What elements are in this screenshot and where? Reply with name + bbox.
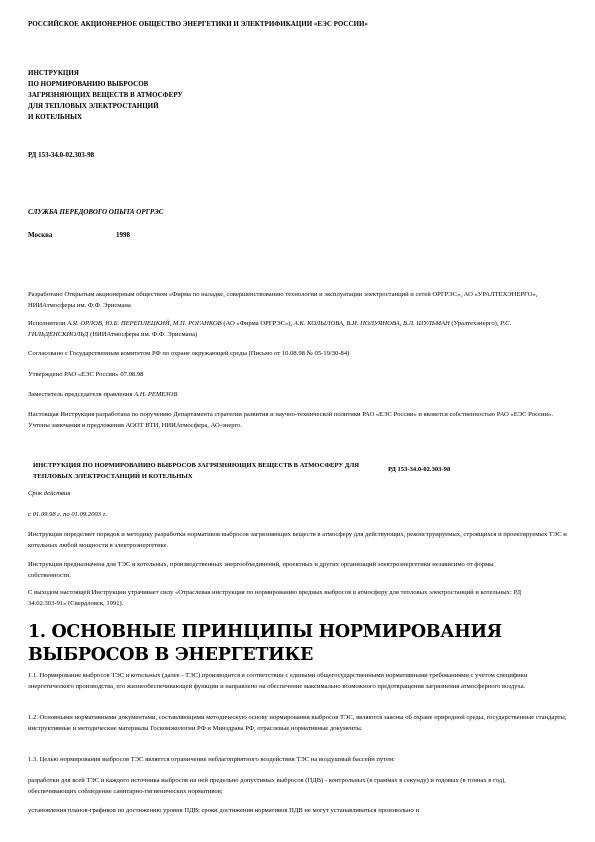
publisher-city: Москва (28, 230, 116, 241)
document-code: РД 153-34.0-02.303-98 (28, 150, 94, 161)
section-paragraph: 1.1. Нормирование выбросов ТЭС и котельн… (28, 671, 568, 692)
publisher-service: СЛУЖБА ПЕРЕДОВОГО ОПЫТА ОРГРЭС (28, 207, 163, 218)
intro-paragraph: Инструкция предназначена для ТЭС и котел… (28, 560, 528, 581)
title-line: И КОТЕЛЬНЫХ (28, 112, 183, 123)
validity-period: с 01.09.98 г. по 01.09.2003 г. (28, 510, 107, 521)
executors-org-2: (Уралтехэнерго), (450, 320, 500, 327)
title-line: ЗАГРЯЗНЯЮЩИХ ВЕЩЕСТВ В АТМОСФЕРУ (28, 90, 183, 101)
intro-paragraph: Инструкция определяет порядок и методику… (28, 530, 568, 551)
executors-prefix: Исполнители (28, 320, 67, 327)
deputy-note: Заместитель председателя правления А.Н. … (28, 390, 568, 401)
intro-paragraph: С выходом настоящей Инструкции утрачивае… (28, 588, 548, 609)
executors-names-2: А.К. КОЛЫЛОВА, В.И. ПОЛУЯНОВА, В.Л. ШУЛЬ… (294, 320, 450, 327)
agreed-note: Согласовано с Государственным комитетом … (28, 349, 568, 360)
deputy-name: А.Н. РЕМЕЗОВ (134, 391, 177, 398)
validity-label: Срок действия (28, 489, 70, 500)
publisher-city-year: Москва1998 (28, 230, 130, 241)
section-paragraph: разработки для всей ТЭС и каждого источн… (28, 776, 548, 797)
section-paragraph: 1.3. Целью нормирования выбросов ТЭС явл… (28, 755, 568, 766)
publisher-year: 1998 (116, 231, 130, 239)
deputy-title: Заместитель председателя правления (28, 391, 134, 398)
ownership-note: Настоящая Инструкция разработана по пору… (28, 410, 568, 431)
executors-org-3: (НИИАтмосферы им. Ф.Ф. Эрисмана) (88, 331, 197, 338)
running-header-code: РД 153-34.0-02.303-98 (388, 465, 450, 476)
executors: Исполнители А.Я. ОРЛОВ, Ю.Б. ПЕРЕПЛЕЦКИЙ… (28, 319, 568, 340)
approved-note: Утверждено РАО «ЕЭС России» 07.08.98 (28, 370, 568, 381)
section-paragraph: установления планов-графиков по достижен… (28, 806, 568, 817)
executors-org: (АО «Фирма ОРГРЭС»), (222, 320, 294, 327)
developed-by: Разработано Открытым акционерным обществ… (28, 290, 568, 311)
section-heading: 1. ОСНОВНЫЕ ПРИНЦИПЫ НОРМИРОВАНИЯ ВЫБРОС… (28, 621, 568, 667)
title-line: ДЛЯ ТЕПЛОВЫХ ЭЛЕКТРОСТАНЦИЙ (28, 101, 183, 112)
executors-names: А.Я. ОРЛОВ, Ю.Б. ПЕРЕПЛЕЦКИЙ, М.П. РОГАН… (67, 320, 222, 327)
title-block: ИНСТРУКЦИЯ ПО НОРМИРОВАНИЮ ВЫБРОСОВ ЗАГР… (28, 68, 183, 123)
section-paragraph: 1.2. Основными нормативными документами,… (28, 713, 568, 734)
title-line: ПО НОРМИРОВАНИЮ ВЫБРОСОВ (28, 79, 183, 90)
running-header-title: ИНСТРУКЦИЯ ПО НОРМИРОВАНИЮ ВЫБРОСОВ ЗАГР… (33, 461, 378, 482)
organization-header: РОССИЙСКОЕ АКЦИОНЕРНОЕ ОБЩЕСТВО ЭНЕРГЕТИ… (28, 19, 368, 30)
title-line: ИНСТРУКЦИЯ (28, 68, 183, 79)
